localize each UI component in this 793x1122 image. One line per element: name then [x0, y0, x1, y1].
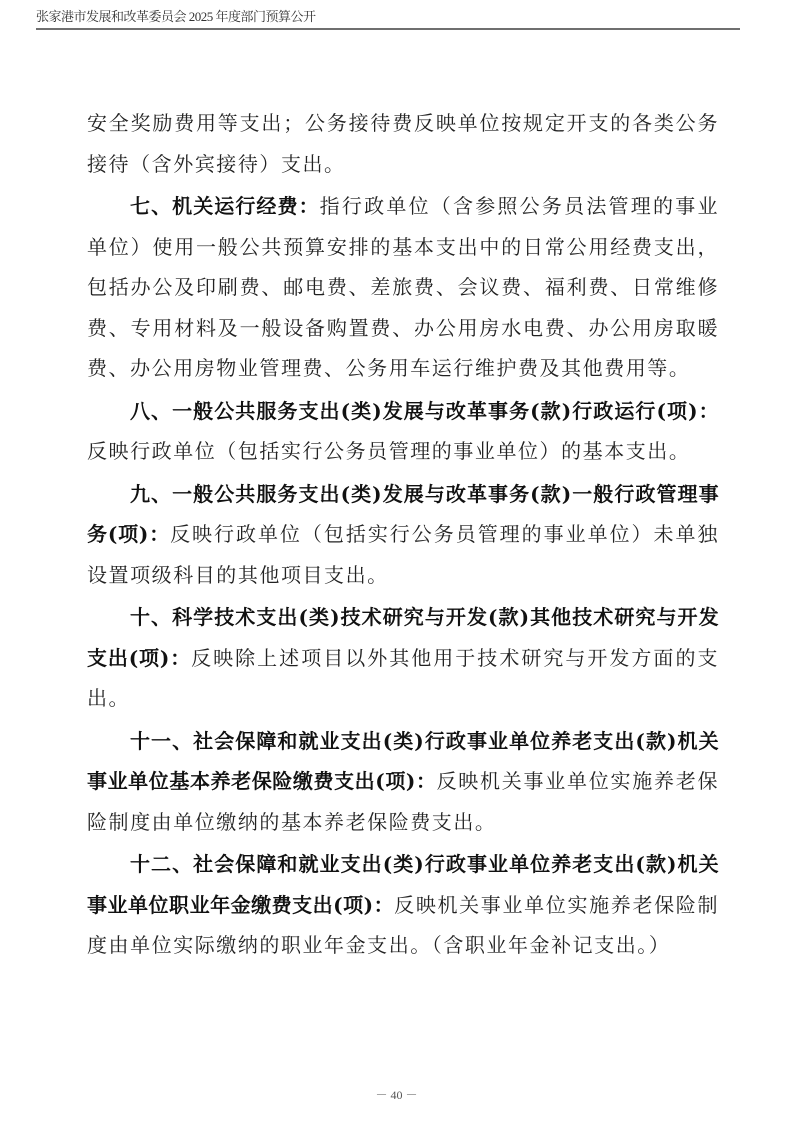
header-title: 张家港市发展和改革委员会 2025 年度部门预算公开: [36, 8, 740, 26]
section-heading: 八、一般公共服务支出(类)发展与改革事务(款)行政运行(项)：: [130, 399, 719, 423]
paragraph-section-9: 九、一般公共服务支出(类)发展与改革事务(款)一般行政管理事务(项)：反映行政单…: [87, 474, 719, 596]
paragraph-section-8: 八、一般公共服务支出(类)发展与改革事务(款)行政运行(项)：反映行政单位（包括…: [87, 391, 719, 472]
paragraph-text: 反映行政单位（包括实行公务员管理的事业单位）的基本支出。: [87, 439, 690, 463]
section-heading: 七、机关运行经费：: [130, 194, 320, 218]
paragraph-section-10: 十、科学技术支出(类)技术研究与开发(款)其他技术研究与开发支出(项)：反映除上…: [87, 597, 719, 719]
paragraph-text: 安全奖励费用等支出；公务接待费反映单位按规定开支的各类公务接待（含外宾接待）支出…: [87, 111, 719, 176]
page-header: 张家港市发展和改革委员会 2025 年度部门预算公开: [36, 8, 740, 26]
paragraph-text: 反映行政单位（包括实行公务员管理的事业单位）未单独设置项级科目的其他项目支出。: [87, 522, 719, 587]
paragraph-text: 指行政单位（含参照公务员法管理的事业单位）使用一般公共预算安排的基本支出中的日常…: [87, 194, 719, 380]
paragraph-section-7: 七、机关运行经费：指行政单位（含参照公务员法管理的事业单位）使用一般公共预算安排…: [87, 186, 719, 389]
paragraph-section-12: 十二、社会保障和就业支出(类)行政事业单位养老支出(款)机关事业单位职业年金缴费…: [87, 844, 719, 966]
paragraph-continuation: 安全奖励费用等支出；公务接待费反映单位按规定开支的各类公务接待（含外宾接待）支出…: [87, 103, 719, 184]
header-divider: [36, 28, 740, 30]
document-body: 安全奖励费用等支出；公务接待费反映单位按规定开支的各类公务接待（含外宾接待）支出…: [87, 103, 719, 966]
page-number: － 40 －: [0, 1086, 793, 1103]
paragraph-section-11: 十一、社会保障和就业支出(类)行政事业单位养老支出(款)机关事业单位基本养老保险…: [87, 721, 719, 843]
